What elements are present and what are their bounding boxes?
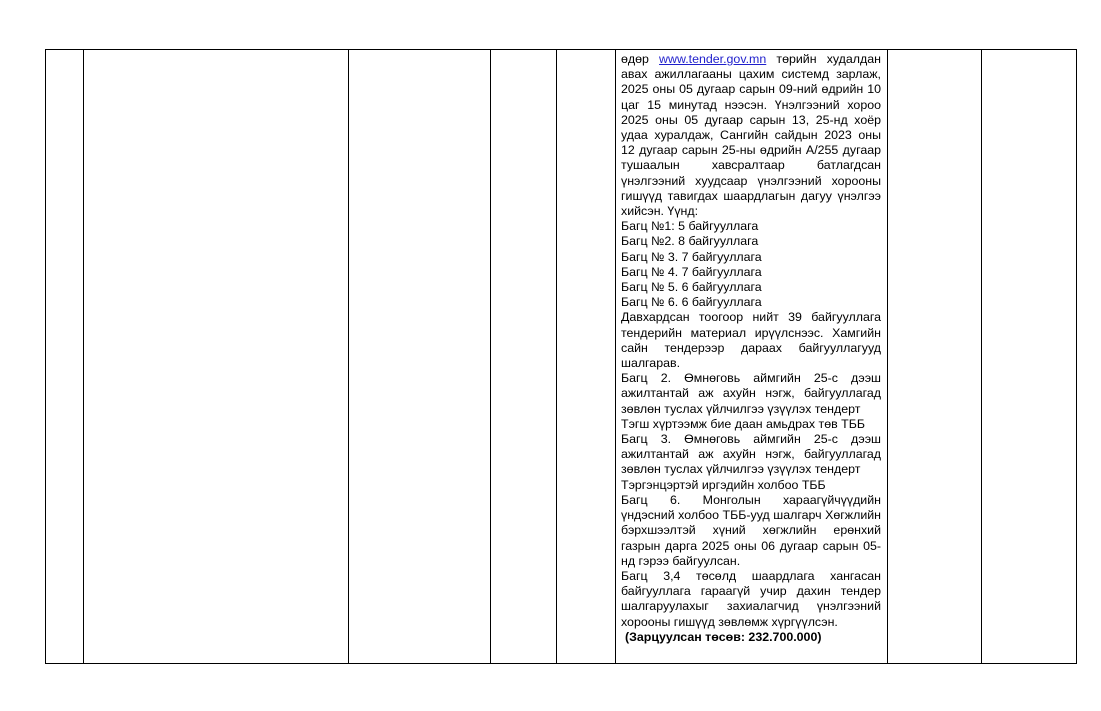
lot-item: Багц №1: 5 байгууллага <box>621 219 881 234</box>
cell-index <box>46 50 84 664</box>
description-content: өдөр www.tender.gov.mn төрийн худалдан а… <box>616 50 887 645</box>
cell-name <box>84 50 349 664</box>
cell-col8 <box>982 50 1077 664</box>
lot-item: Багц № 3. 7 байгууллага <box>621 250 881 265</box>
cell-col5 <box>557 50 616 664</box>
budget-total: (Зарцуулсан төсөв: 232.700.000) <box>621 630 881 645</box>
cell-col3 <box>349 50 491 664</box>
lot-item: Багц №2. 8 байгууллага <box>621 234 881 249</box>
summary-paragraph: Давхардсан тоогоор нийт 39 байгууллага т… <box>621 310 881 371</box>
lot34-paragraph: Багц 3,4 төсөлд шаардлага хангасан байгу… <box>621 569 881 630</box>
cell-col4 <box>491 50 557 664</box>
lot-item: Багц № 5. 6 байгууллага <box>621 280 881 295</box>
tender-link[interactable]: www.tender.gov.mn <box>659 52 766 66</box>
intro-paragraph: өдөр www.tender.gov.mn төрийн худалдан а… <box>621 52 881 219</box>
cell-col7 <box>888 50 982 664</box>
lot-item: Багц № 4. 7 байгууллага <box>621 265 881 280</box>
intro-prefix: өдөр <box>621 52 659 66</box>
table-row: өдөр www.tender.gov.mn төрийн худалдан а… <box>46 50 1077 664</box>
lot3-paragraph: Багц 3. Өмнөговь аймгийн 25-с дээш ажилт… <box>621 432 881 478</box>
lot2-paragraph: Багц 2. Өмнөговь аймгийн 25-с дээш ажилт… <box>621 371 881 417</box>
lot2-winner: Тэгш хүртээмж бие даан амьдрах төв ТББ <box>621 417 881 432</box>
lot3-winner: Тэргэнцэртэй иргэдийн холбоо ТББ <box>621 478 881 493</box>
lot6-paragraph: Багц 6. Монголын хараагүйчүүдийн үндэсни… <box>621 493 881 569</box>
lot-item: Багц № 6. 6 байгууллага <box>621 295 881 310</box>
intro-suffix: төрийн худалдан авах ажиллагааны цахим с… <box>621 52 881 218</box>
cell-description: өдөр www.tender.gov.mn төрийн худалдан а… <box>616 50 888 664</box>
procurement-table: өдөр www.tender.gov.mn төрийн худалдан а… <box>45 49 1077 664</box>
